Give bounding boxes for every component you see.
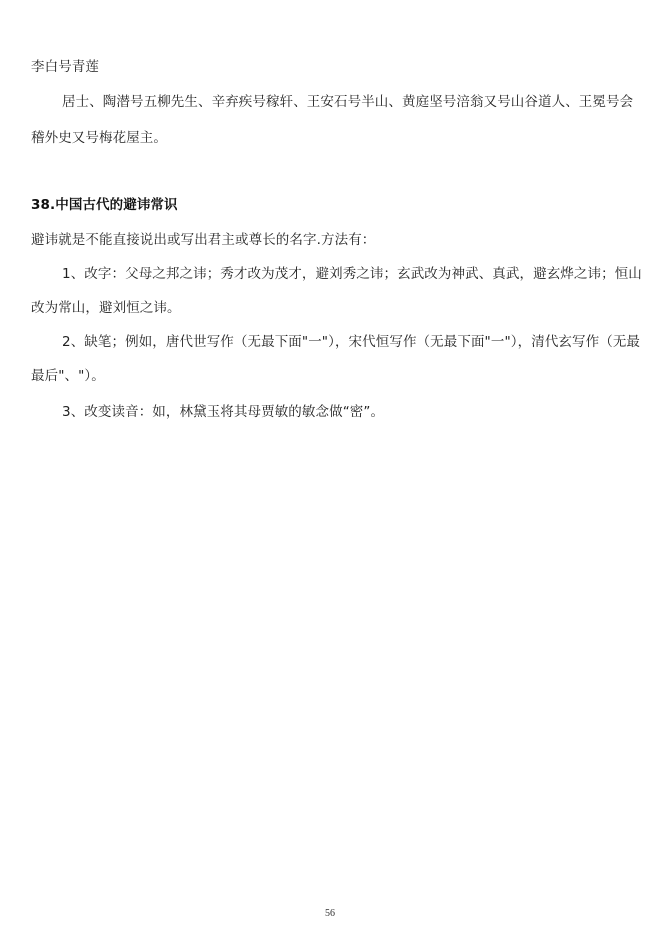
document-page: 李白号青莲 居士、陶潜号五柳先生、辛弃疾号稼轩、王安石号半山、黄庭坚号涪翁又号山… <box>0 0 660 933</box>
list-item-1-line-2: 改为常山，避刘恒之讳。 <box>31 299 181 317</box>
text-line: 居士、陶潜号五柳先生、辛弃疾号稼轩、王安石号半山、黄庭坚号涪翁又号山谷道人、王冕… <box>62 93 633 111</box>
page-number: 56 <box>0 908 660 919</box>
list-item-2-line-1: 2、缺笔；例如，唐代世写作（无最下面"一"），宋代恒写作（无最下面"一"），清代… <box>62 333 640 351</box>
text-line: 稽外史又号梅花屋主。 <box>31 129 167 147</box>
list-item-2-line-2: 最后"、"）。 <box>31 367 105 385</box>
list-item-1-line-1: 1、改字：父母之邦之讳；秀才改为茂才，避刘秀之讳；玄武改为神武、真武，避玄烨之讳… <box>62 265 642 283</box>
list-item-3-line-1: 3、改变读音：如，林黛玉将其母贾敏的敏念做“密”。 <box>62 403 384 421</box>
section-intro: 避讳就是不能直接说出或写出君主或尊长的名字.方法有： <box>31 231 375 249</box>
section-heading: 38.中国古代的避讳常识 <box>31 196 178 214</box>
text-line: 李白号青莲 <box>31 58 99 76</box>
